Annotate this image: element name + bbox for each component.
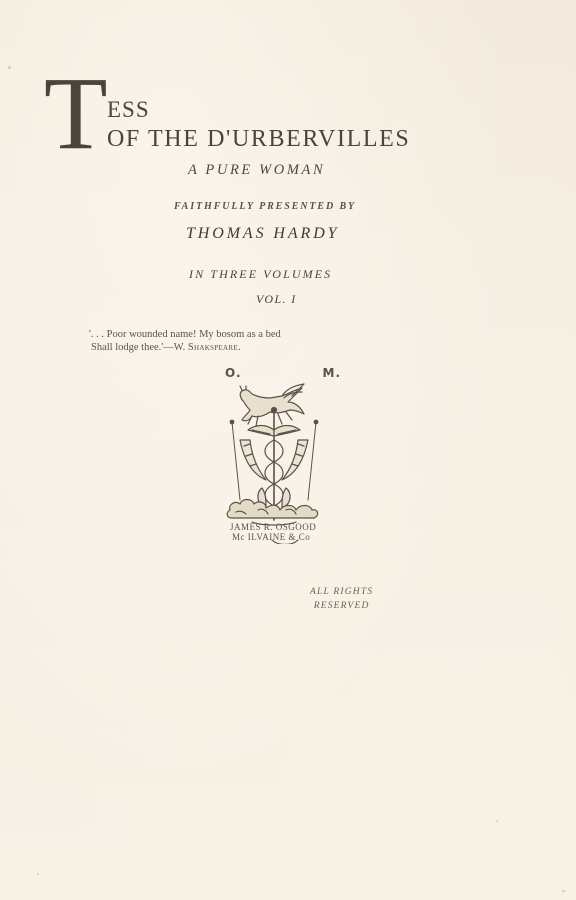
author-name: THOMAS HARDY [186, 225, 339, 243]
title-line-2: OF THE D'URBERVILLES [107, 126, 410, 153]
rights-line-2: RESERVED [310, 599, 373, 613]
paper-speck [562, 890, 565, 892]
epigraph-line-2-text: Shall lodge thee.'—W. [91, 342, 188, 353]
epigraph: '. . . Poor wounded name! My bosom as a … [89, 328, 281, 354]
epigraph-line-1: '. . . Poor wounded name! My bosom as a … [89, 328, 281, 341]
initial-m: M. [323, 366, 342, 380]
paper-speck [8, 66, 11, 69]
publisher-device-pegasus-icon: JAMES R. OSGOOD Mc ILVAINE & Co [222, 380, 326, 544]
presented-by-line: FAITHFULLY PRESENTED BY [174, 201, 356, 212]
publisher-initials: O. M. [225, 366, 341, 380]
title-line-1: ESS [107, 97, 150, 123]
title-page: T ESS OF THE D'URBERVILLES A PURE WOMAN … [0, 0, 576, 900]
rights-line-1: ALL RIGHTS [310, 585, 373, 599]
all-rights-reserved: ALL RIGHTS RESERVED [310, 585, 373, 613]
paper-speck [37, 873, 39, 875]
subtitle: A PURE WOMAN [188, 162, 325, 179]
volumes-line: IN THREE VOLUMES [189, 267, 332, 282]
volume-number: VOL. I [256, 292, 297, 307]
svg-text:JAMES R. OSGOOD: JAMES R. OSGOOD [230, 522, 316, 532]
paper-speck [496, 820, 498, 822]
epigraph-line-2: Shall lodge thee.'—W. Shakspeare. [89, 341, 281, 354]
title-drop-cap: T [44, 62, 108, 166]
initial-o: O. [225, 366, 242, 380]
svg-text:Mc ILVAINE & Co: Mc ILVAINE & Co [232, 532, 310, 542]
epigraph-attribution: Shakspeare. [188, 342, 241, 353]
